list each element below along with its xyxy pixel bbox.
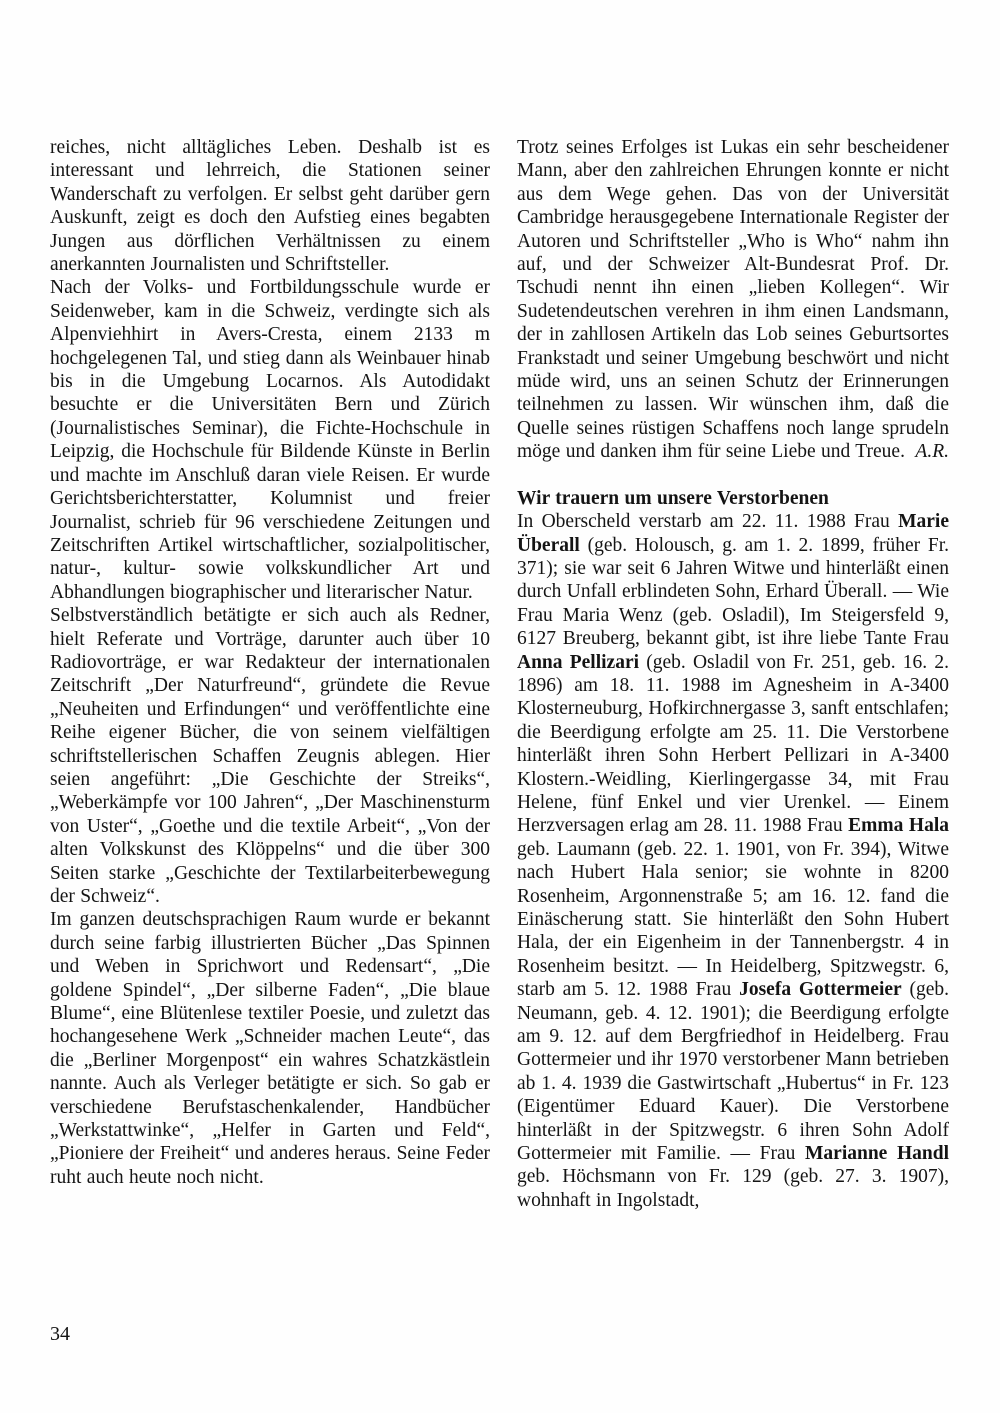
italic-run: A.R. <box>915 440 949 463</box>
section-heading: Wir trauern um unsere Verstorbenen <box>517 487 949 510</box>
paragraph: reiches, nicht alltägliches Leben. Desha… <box>50 136 490 276</box>
left-column: reiches, nicht alltägliches Leben. Desha… <box>50 136 490 1212</box>
text-run: (geb. Osladil von Fr. 251, geb. 16. 2. 1… <box>517 652 949 837</box>
bold-name-run: Josefa Gottermeier <box>739 979 902 1000</box>
bold-name-run: Wir trauern um unsere Verstorbenen <box>517 488 829 509</box>
paragraph: Im ganzen deutschsprachigen Raum wurde e… <box>50 908 490 1189</box>
right-column: Trotz seines Erfolges ist Lukas ein sehr… <box>517 136 949 1212</box>
paragraph: Trotz seines Erfolges ist Lukas ein sehr… <box>517 136 949 464</box>
text-run: Selbstverständlich betätigte er sich auc… <box>50 605 490 907</box>
bold-name-run: Marianne Handl <box>805 1143 949 1164</box>
paragraph: In Oberscheld verstarb am 22. 11. 1988 F… <box>517 510 949 1212</box>
text-run: Im ganzen deutschsprachigen Raum wurde e… <box>50 909 490 1187</box>
text-run: reiches, nicht alltägliches Leben. Desha… <box>50 137 490 275</box>
text-block: reiches, nicht alltägliches Leben. Desha… <box>50 136 949 1212</box>
paragraph: Selbstverständlich betätigte er sich auc… <box>50 604 490 908</box>
text-run: Trotz seines Erfolges ist Lukas ein sehr… <box>517 137 949 462</box>
text-run: Nach der Volks- und Fortbildungsschule w… <box>50 277 490 602</box>
text-run: geb. Laumann (geb. 22. 1. 1901, von Fr. … <box>517 839 949 1000</box>
text-run: geb. Höchsmann von Fr. 129 (geb. 27. 3. … <box>517 1166 949 1210</box>
bold-name-run: Emma Hala <box>848 815 949 836</box>
text-run: (geb. Neumann, geb. 4. 12. 1901); die Be… <box>517 979 949 1164</box>
bold-name-run: Anna Pellizari <box>517 652 639 673</box>
paragraph: Nach der Volks- und Fortbildungsschule w… <box>50 276 490 604</box>
scanned-document-page: reiches, nicht alltägliches Leben. Desha… <box>0 0 1000 1413</box>
text-run: (geb. Holousch, g. am 1. 2. 1899, früher… <box>517 535 949 650</box>
text-run: In Oberscheld verstarb am 22. 11. 1988 F… <box>517 511 898 532</box>
page-number: 34 <box>50 1322 70 1346</box>
